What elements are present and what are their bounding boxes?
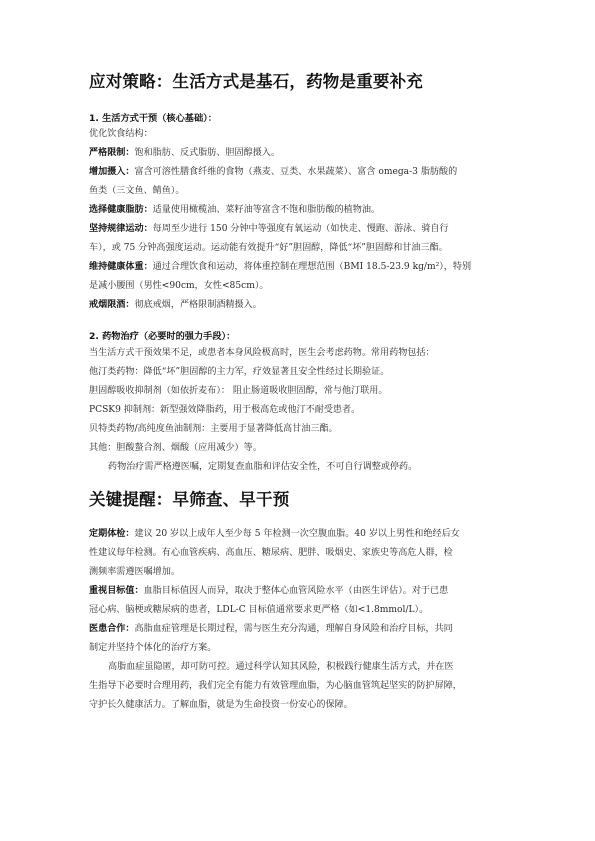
item-label: 坚持规律运动： [89, 224, 153, 234]
list-item-exercise: 坚持规律运动：每周至少进行 150 分钟中等强度有氧运动（如快走、慢跑、游泳、骑… [89, 223, 449, 235]
list-item-checkup-cont: 性建议每年检测。有心血管疾病、高血压、糖尿病、肥胖、吸烟史、家族史等高危人群，检 [89, 547, 453, 559]
item-label: 选择健康脂肪： [89, 205, 153, 215]
list-item-target-values: 重视目标值：血脂目标值因人而异，取决于整体心血管风险水平（由医生评估）。对于已患 [89, 585, 448, 597]
diet-intro: 优化饮食结构： [89, 128, 153, 140]
list-item-increase-intake-cont: 鱼类（三文鱼、鲭鱼）。 [89, 185, 184, 197]
subsection-heading-lifestyle: 1. 生活方式干预（核心基础）： [89, 110, 217, 124]
item-label: 维持健康体重： [89, 262, 153, 272]
list-item-checkup-cont: 测频率需遵医嘱增加。 [89, 566, 180, 578]
item-label: 医患合作： [89, 624, 134, 634]
medication-line: 贝特类药物/高纯度鱼油制剂：主要用于显著降低高甘油三酯。 [89, 423, 338, 435]
item-text: 通过合理饮食和运动，将体重控制在理想范围（BMI 18.5-23.9 kg/m²… [153, 262, 471, 272]
medication-note: 药物治疗需严格遵医嘱，定期复查血脂和评估安全性，不可自行调整或停药。 [108, 461, 417, 473]
list-item-quit-smoking: 戒烟限酒：彻底戒烟，严格限制酒精摄入。 [89, 299, 262, 311]
list-item-exercise-cont: 车），或 75 分钟高强度运动。运动能有效提升“好”胆固醇，降低“坏”胆固醇和甘… [89, 242, 448, 254]
list-item-increase-intake: 增加摄入：富含可溶性膳食纤维的食物（燕麦、豆类、水果蔬菜）、富含 omega-3… [89, 166, 457, 178]
list-item-strict-limit: 严格限制：饱和脂肪、反式脂肪、胆固醇摄入。 [89, 147, 280, 159]
section-title-strategy: 应对策略：生活方式是基石，药物是重要补充 [89, 68, 423, 92]
item-label: 严格限制： [89, 148, 134, 158]
item-label: 重视目标值： [89, 586, 144, 596]
list-item-cooperation: 医患合作：高脂血症管理是长期过程，需与医生充分沟通，理解自身风险和治疗目标，共同 [89, 623, 453, 635]
medication-line: 其他：胆酸螯合剂、烟酸（应用减少）等。 [89, 442, 262, 454]
list-item-healthy-weight-cont: 是减小腰围（男性<90cm，女性<85cm）。 [89, 280, 268, 292]
item-text: 富含可溶性膳食纤维的食物（燕麦、豆类、水果蔬菜）、富含 omega-3 脂肪酸的 [134, 167, 457, 177]
item-label: 戒烟限酒： [89, 300, 134, 310]
medication-line: PCSK9 抑制剂：新型强效降脂药，用于极高危或他汀不耐受患者。 [89, 404, 360, 416]
list-item-cooperation-cont: 制定并坚持个体化的治疗方案。 [89, 642, 216, 654]
subsection-heading-medication: 2. 药物治疗（必要时的强力手段）： [89, 328, 235, 342]
list-item-checkup: 定期体检：建议 20 岁以上成年人至少每 5 年检测一次空腹血脂。40 岁以上男… [89, 528, 460, 540]
list-item-healthy-weight: 维持健康体重：通过合理饮食和运动，将体重控制在理想范围（BMI 18.5-23.… [89, 261, 471, 273]
item-text: 彻底戒烟，严格限制酒精摄入。 [134, 300, 261, 310]
list-item-target-values-cont: 冠心病、脑梗或糖尿病的患者，LDL-C 目标值通常要求更严格（如<1.8mmol… [89, 604, 428, 616]
item-text: 高脂血症管理是长期过程，需与医生充分沟通，理解自身风险和治疗目标，共同 [134, 624, 452, 634]
item-text: 每周至少进行 150 分钟中等强度有氧运动（如快走、慢跑、游泳、骑自行 [153, 224, 449, 234]
item-text: 血脂目标值因人而异，取决于整体心血管风险水平（由医生评估）。对于已患 [144, 586, 449, 596]
medication-line: 当生活方式干预效果不足，或患者本身风险极高时，医生会考虑药物。常用药物包括： [89, 347, 435, 359]
closing-paragraph-line: 守护长久健康活力。了解血脂，就是为生命投资一份安心的保障。 [89, 699, 353, 711]
section-title-reminder: 关键提醒：早筛查、早干预 [89, 486, 289, 510]
medication-line: 他汀类药物：降低“坏”胆固醇的主力军，疗效显著且安全性经过长期验证。 [89, 366, 389, 378]
closing-paragraph-line: 生指导下必要时合理用药，我们完全有能力有效管理血脂，为心脑血管筑起坚实的防护屏障… [89, 680, 462, 692]
list-item-healthy-fats: 选择健康脂肪：适量使用橄榄油、菜籽油等富含不饱和脂肪酸的植物油。 [89, 204, 380, 216]
item-label: 增加摄入： [89, 167, 134, 177]
medication-line: 胆固醇吸收抑制剂（如依折麦布）： 阻止肠道吸收胆固醇，常与他汀联用。 [89, 385, 387, 397]
item-label: 定期体检： [89, 529, 134, 539]
item-text: 饱和脂肪、反式脂肪、胆固醇摄入。 [134, 148, 280, 158]
item-text: 适量使用橄榄油、菜籽油等富含不饱和脂肪酸的植物油。 [153, 205, 380, 215]
item-text: 建议 20 岁以上成年人至少每 5 年检测一次空腹血脂。40 岁以上男性和绝经后… [134, 529, 459, 539]
closing-paragraph-line: 高脂血症虽隐匿，却可防可控。通过科学认知其风险，积极践行健康生活方式，并在医 [108, 661, 454, 673]
